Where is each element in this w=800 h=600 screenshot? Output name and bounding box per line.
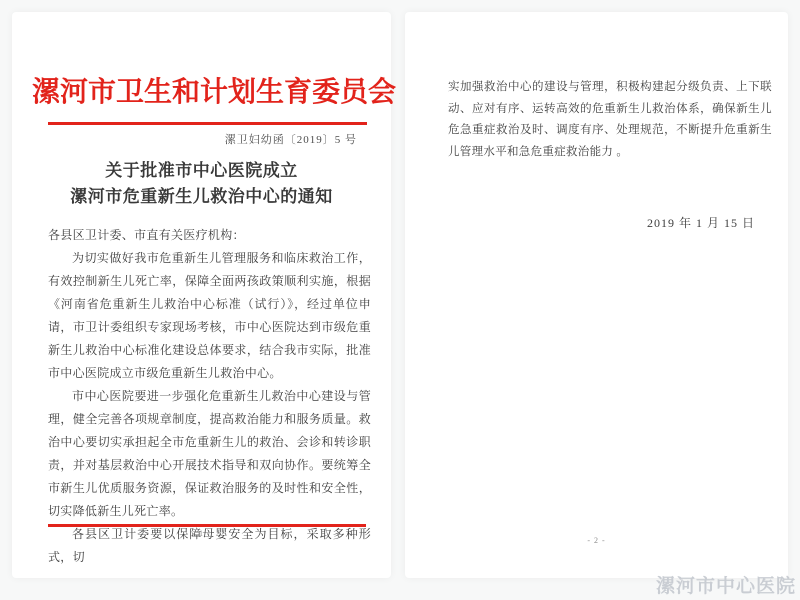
page-1-body: 各县区卫计委、市直有关医疗机构： 为切实做好我市危重新生儿管理服务和临床救治工作…: [48, 224, 371, 569]
document-date: 2019 年 1 月 15 日: [647, 214, 755, 231]
salutation: 各县区卫计委、市直有关医疗机构：: [48, 224, 371, 247]
document-title-line2: 漯河市危重新生儿救治中心的通知: [12, 182, 391, 207]
document-number: 漯卫妇幼函〔2019〕5 号: [225, 131, 357, 147]
footer-rule: [48, 524, 366, 527]
hospital-watermark: 漯河市中心医院: [656, 571, 796, 598]
page-number-2: - 2 -: [405, 536, 788, 545]
page-1: 漯河市卫生和计划生育委员会 漯卫妇幼函〔2019〕5 号 关于批准市中心医院成立…: [12, 12, 391, 578]
document-title-line1: 关于批准市中心医院成立: [12, 156, 391, 181]
body-paragraph-2: 市中心医院要进一步强化危重新生儿救治中心建设与管理，健全完善各项规章制度，提高救…: [48, 385, 371, 523]
page-2: 实加强救治中心的建设与管理，积极构建起分级负责、上下联动、应对有序、运转高效的危…: [405, 12, 788, 578]
body-paragraph-1: 为切实做好我市危重新生儿管理服务和临床救治工作，有效控制新生儿死亡率，保障全面两…: [48, 247, 371, 385]
header-rule: [48, 122, 367, 125]
document-viewer: 漯河市卫生和计划生育委员会 漯卫妇幼函〔2019〕5 号 关于批准市中心医院成立…: [0, 0, 800, 600]
page-2-body: 实加强救治中心的建设与管理，积极构建起分级负责、上下联动、应对有序、运转高效的危…: [448, 77, 772, 163]
body-paragraph-continuation: 实加强救治中心的建设与管理，积极构建起分级负责、上下联动、应对有序、运转高效的危…: [448, 77, 772, 163]
page-number-1: - 1 -: [12, 529, 391, 538]
issuing-authority-header: 漯河市卫生和计划生育委员会: [32, 75, 383, 111]
